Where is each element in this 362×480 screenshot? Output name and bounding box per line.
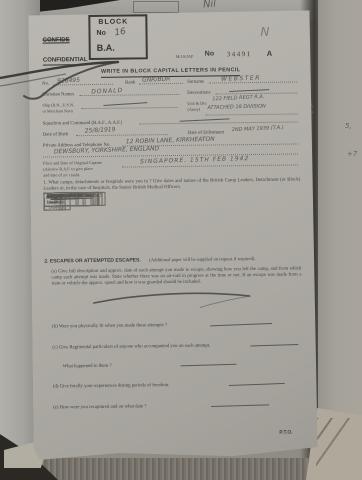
question-c2: What happened to them ?: [63, 364, 112, 371]
question-c: (c) Give Regimental particulars of anyon…: [52, 344, 210, 352]
surname-label: Surname: [187, 80, 204, 86]
answer-b-nil-dash: [210, 323, 272, 326]
ship-label-1: Ship (R.N., U.S.N.: [42, 102, 74, 107]
paper-creases-bottom-right: [316, 418, 356, 472]
answer-e-nil-dash: [211, 404, 269, 407]
block-stamp-word: BLOCK: [98, 19, 128, 26]
christian-names-value: DONALD: [91, 87, 123, 95]
ship-label-2: or Merchant Navy: [42, 108, 73, 113]
unit-label-2: (Army): [187, 107, 200, 112]
rank-value: GNR/BDR: [142, 76, 171, 84]
no-label: No.: [42, 82, 49, 88]
pto-footer: P.T.O.: [279, 430, 292, 436]
surname-value: WEBSTER: [221, 75, 261, 83]
enlistment-value: 2ND MAY 1939 (T.A.): [232, 125, 284, 133]
margin-fragment-7: +7: [347, 150, 357, 158]
pow-debrief-form-page: CONFIDE CONFIDENTIAL BLOCK No 16 B.A. M.…: [28, 10, 317, 461]
capture-label-3: and date of a/c crash).: [43, 172, 80, 177]
serial-number: 34491: [227, 50, 252, 59]
section2-heading: 2. ESCAPES OR ATTEMPTED ESCAPES.: [44, 257, 140, 264]
handwritten-nil-note: Nil: [203, 0, 217, 10]
block-ba-stamp: B.A.: [97, 43, 115, 53]
ship-line: [81, 100, 177, 109]
christian-names-label: Christian Names: [42, 92, 74, 98]
question-b: (b) Were you physically fit when you mad…: [52, 323, 167, 330]
block-no-label: No: [96, 30, 105, 37]
faded-stamp-box: [133, 1, 179, 13]
capture-label-1: Place and Date of Original Capture: [43, 160, 102, 166]
confidential-stamp-struck: CONFIDE: [43, 37, 70, 43]
photographed-document: Nil (T.A 5, +7 CONFIDE CONFIDENTIAL BLOC…: [0, 0, 362, 480]
section2-heading-note: (Additional paper will be supplied on re…: [149, 256, 255, 263]
answer-d-nil-dash: [229, 383, 285, 386]
question-a: (a) Give full description and approx. da…: [51, 266, 301, 288]
section1-question: 1. What camps, detachments or hospitals …: [43, 177, 300, 193]
ref-code: M.I.9/JAP: [176, 54, 194, 59]
unit-label-1: Unit & Div.: [187, 101, 207, 106]
decorations-label: Decorations: [187, 91, 210, 97]
rank-label: Rank: [125, 80, 135, 86]
margin-fragment-5: 5,: [345, 122, 352, 130]
no-value: 928495: [57, 77, 80, 85]
answer-c2-nil-dash: [181, 364, 237, 367]
capture-label-2: (Aircrew R.A.F. to give place: [43, 166, 93, 172]
serial-suffix: A: [267, 49, 273, 58]
question-d: (d) Give briefly your experiences during…: [53, 383, 170, 390]
dob-label: Date of Birth: [43, 132, 68, 138]
block-no-value: 16: [114, 27, 127, 39]
block-nil-dash: [51, 198, 84, 200]
question-e: (e) How were you recaptured and on what …: [53, 404, 146, 411]
unit-value-line1: 122 FIELD REGT R.A.: [212, 94, 264, 102]
margin-pencil-mark: N: [260, 25, 269, 39]
answer-c-nil-dash: [250, 344, 298, 346]
block-number-stamp-box: BLOCK No 16 B.A.: [88, 14, 148, 60]
confidential-stamp: CONFIDENTIAL: [43, 57, 88, 66]
serial-no-label: No: [205, 50, 214, 59]
dob-value: 25/8/1919: [85, 126, 116, 134]
underlying-page-right: [318, 0, 362, 480]
